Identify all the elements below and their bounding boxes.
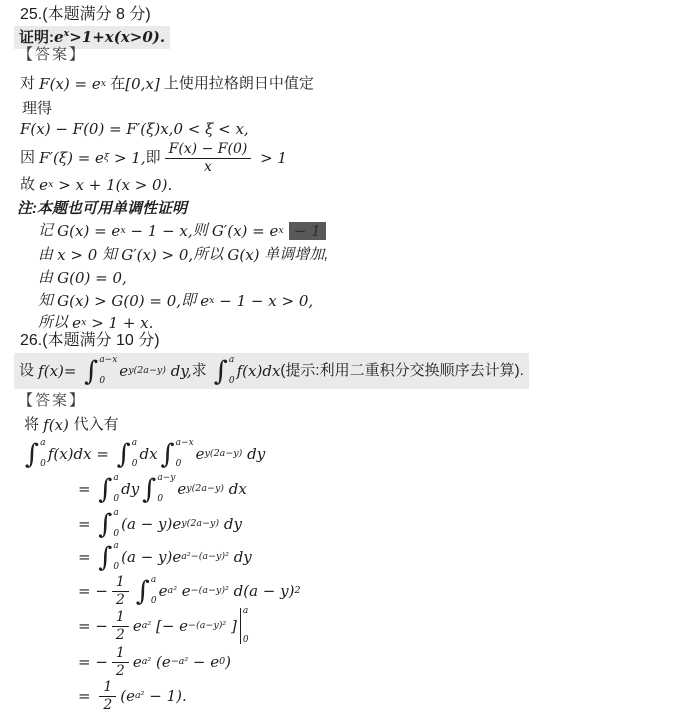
integral-lower-limit: 0 [229, 376, 235, 387]
eval-upper-limit: a [243, 606, 249, 617]
fraction: 12 [112, 574, 129, 607]
integral-sign: ∫ [98, 544, 112, 571]
solution-line-3: F(x) − F(0) = F′(ξ)x,0 < ξ < x, [20, 120, 249, 138]
integral-sign: ∫ [117, 441, 131, 468]
problem-number: 25.(本题满分 8 分) [20, 5, 151, 24]
note-line-4: 知 G(x) > G(0) = 0,即 ex − 1 − x > 0, [38, 292, 313, 310]
note-header: 注:本题也可用单调性证明 [17, 200, 187, 218]
solution-line-4: 因 F′(ξ) = eξ > 1,即F(x) − F(0)x > 1 [20, 140, 287, 176]
integral: ∫a0 [117, 438, 138, 470]
integral-sign: ∫ [25, 441, 39, 468]
fraction: 12 [112, 645, 129, 678]
derivation-line-1: ∫a0f(x)dx = ∫a0dx∫a−x0ey(2a−y) dy [22, 437, 265, 471]
derivation-line-3: = ∫a0(a − y)ey(2a−y) dy [78, 507, 242, 541]
derivation-line-6: = −12ea² [− e−(a−y)² ]a0 [78, 607, 249, 645]
integral: ∫a−x0 [161, 438, 194, 470]
integral-sign: ∫ [161, 441, 175, 468]
integral: ∫a0 [98, 473, 119, 505]
integral: ∫a0 [214, 355, 235, 387]
integral: ∫a−y0 [142, 473, 175, 505]
fraction: 12 [99, 679, 116, 712]
fraction-numerator: F(x) − F(0) [165, 141, 252, 158]
integral-sign: ∫ [98, 511, 112, 538]
integral: ∫a0 [136, 575, 157, 607]
note-line-3: 由 G(0) = 0, [38, 269, 127, 287]
integral-upper-limit: a−x [99, 355, 117, 366]
problem-26-header: 26.(本题满分 10 分) [20, 331, 160, 350]
integral-sign: ∫ [84, 358, 98, 385]
solution-line-2: 理得 [22, 100, 52, 118]
answer-label-26: 【答案】 [18, 392, 86, 410]
eval-lower-limit: 0 [243, 635, 249, 646]
problem-25-header: 25.(本题满分 8 分) [20, 5, 151, 24]
note-line-2: 由 x > 0 知 G′(x) > 0,所以 G(x) 单调增加, [38, 246, 328, 264]
derivation-line-8: = 12(ea² − 1). [78, 679, 187, 713]
solution-line-1: 对 F(x) = ex 在[0,x] 上使用拉格朗日中值定 [20, 75, 314, 93]
integral-upper-limit: a [229, 355, 235, 366]
smudge-artifact: − 1 [289, 222, 326, 240]
integral-sign: ∫ [136, 578, 150, 605]
solution-line-5: 故 ex > x + 1(x > 0). [20, 176, 172, 194]
fraction-denominator: x [204, 159, 212, 175]
highlighted-statement: 设 f(x)= ∫a−x0ey(2a−y) dy,求 ∫a0f(x)dx(提示:… [14, 353, 529, 389]
note-line-1: 记 G(x) = ex − 1 − x,则 G′(x) = ex− 1 [38, 222, 326, 240]
derivation-line-5: = −12∫a0ea² e−(a−y)² d(a − y)2 [78, 573, 301, 609]
derivation-line-7: = −12ea² (e−a² − e0) [78, 645, 231, 679]
integral-sign: ∫ [142, 476, 156, 503]
integral-sign: ∫ [214, 358, 228, 385]
integral: ∫a−x0 [84, 355, 117, 387]
evaluation-bar: a0 [240, 606, 249, 646]
fraction: F(x) − F(0)x [165, 141, 252, 174]
problem-number: 26.(本题满分 10 分) [20, 331, 160, 350]
integral: ∫a0 [98, 541, 119, 573]
derivation-line-2: = ∫a0dy∫a−y0ey(2a−y) dx [78, 472, 247, 506]
integral-sign: ∫ [98, 476, 112, 503]
answer-label-25: 【答案】 [18, 46, 86, 64]
integral: ∫a0 [98, 508, 119, 540]
integral-lower-limit: 0 [99, 376, 117, 387]
solution-intro: 将 f(x) 代入有 [24, 416, 119, 434]
note-line-5: 所以 ex > 1 + x. [38, 314, 153, 332]
problem-26-statement: 设 f(x)= ∫a−x0ey(2a−y) dy,求 ∫a0f(x)dx(提示:… [14, 352, 529, 390]
integral: ∫a0 [25, 438, 46, 470]
fraction: 12 [112, 609, 129, 642]
derivation-line-4: = ∫a0(a − y)ea²−(a−y)² dy [78, 540, 252, 574]
